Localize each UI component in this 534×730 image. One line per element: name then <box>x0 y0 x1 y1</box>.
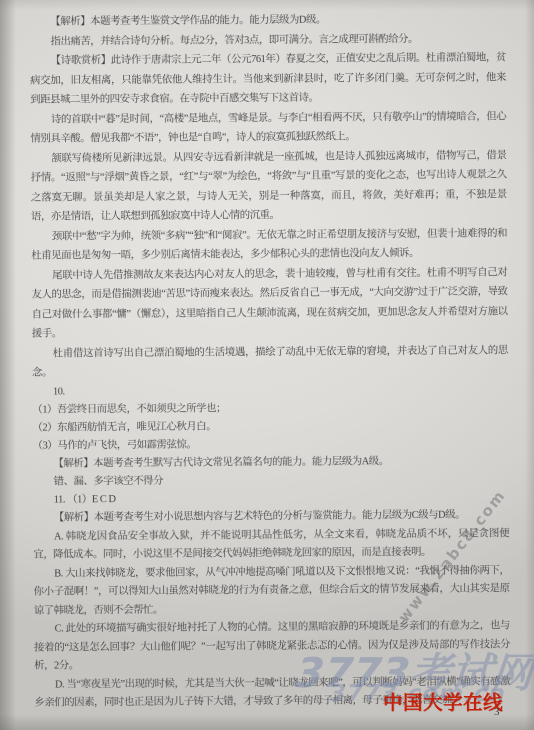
page-top-shadow <box>0 0 534 10</box>
poem-appreciation-jinglian: 颈联中“愁”字为帅，统领“多病”“独”和“阒寂”。无依无靠之时正希望朋友接济与安… <box>31 224 507 266</box>
poem-appreciation-weilian: 尾联中诗人先借推测故友来表达内心对友人的思念，裴十迪较瘦，曾与杜甫有交往。杜甫不… <box>31 263 508 344</box>
question11-option-b: B. 大山来找韩晓龙，要求他回家，从气冲冲地提高嗓门吼道以及下文恨恨地又说：“我… <box>33 562 509 621</box>
document-content: 【解析】本题考查考生鉴赏文学作品的能力。能力层级为D级。 指出痛苦，并结合诗句分… <box>30 9 511 713</box>
poem-appreciation-hanlian: 颔联写倚楼所见新津远景。从四安寺远看新津就是一座孤城，也是诗人孤独远离城市，借物… <box>31 146 508 227</box>
question11-option-a: A. 韩晓龙因食品安全事故入狱，并不能说明其品性低劣，从全文来看，韩晓龙品质不坏… <box>33 525 509 565</box>
page-bottom-shadow <box>0 714 534 730</box>
page-number: 3 <box>494 706 500 718</box>
page-left-shadow <box>0 0 16 730</box>
question11-option-c: C. 此处的环境描写确实很好地衬托了人物的心情。这里的黑暗寂静的环境既是乡亲们的… <box>34 617 510 676</box>
scanned-exam-page: 【解析】本题考查考生鉴赏文学作品的能力。能力层级为D级。 指出痛苦，并结合诗句分… <box>0 0 534 730</box>
poem-appreciation-shoulian: 诗的首联中“暮”是时间，“高楼”是地点，雪峰是景。与李白“相看两不厌，只有敬亭山… <box>30 107 506 149</box>
page-right-shadow <box>525 0 534 730</box>
question11-option-d: D. 当“寒夜星光”出现的时候，尤其是当大伙一起喊“让晓龙回来吧”，可以判断妈妈… <box>34 673 510 713</box>
poem-appreciation-intro: 【诗歌赏析】此诗作于唐肃宗上元二年（公元761年）春夏之交，正值安史之乱后期。杜… <box>30 48 506 110</box>
poem-appreciation-summary: 杜甫借这首诗写出自己漂泊蜀地的生活境遇，描绘了动乱中无依无靠的窘境，并表达了自己… <box>32 341 508 383</box>
